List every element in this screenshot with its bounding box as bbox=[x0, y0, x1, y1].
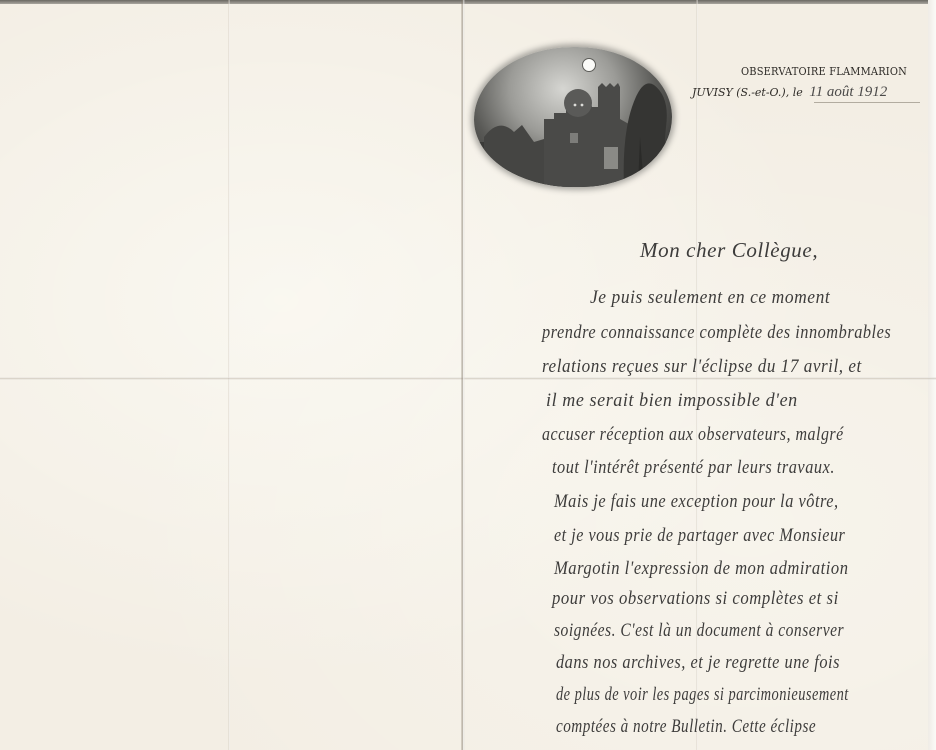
letter-line: il me serait bien impossible d'en bbox=[546, 390, 798, 412]
letter-line: soignées. C'est là un document à conserv… bbox=[554, 620, 844, 642]
letter-line: dans nos archives, et je regrette une fo… bbox=[556, 652, 840, 674]
center-fold bbox=[461, 0, 465, 750]
moon-hole-icon bbox=[582, 58, 596, 72]
observatory-engraving-icon bbox=[474, 47, 672, 187]
letterhead-institution: OBSERVATOIRE FLAMMARION bbox=[741, 64, 879, 78]
letter-line: Je puis seulement en ce moment bbox=[590, 287, 830, 309]
letter-salutation: Mon cher Collègue, bbox=[640, 238, 818, 263]
letter-line: et je vous prie de partager avec Monsieu… bbox=[554, 525, 845, 547]
letter-line: Margotin l'expression de mon admiration bbox=[554, 558, 848, 580]
letter-line: accuser réception aux observateurs, malg… bbox=[542, 424, 844, 446]
letter-line: pour vos observations si complètes et si bbox=[552, 588, 839, 610]
letter-line: tout l'intérêt présenté par leurs travau… bbox=[552, 457, 835, 479]
fold-line-left bbox=[228, 0, 230, 750]
letter-sheet: OBSERVATOIRE FLAMMARION JUVISY (S.-et-O.… bbox=[0, 0, 936, 750]
paper-top-edge bbox=[0, 0, 936, 4]
letterhead-place: JUVISY (S.-et-O.), le bbox=[692, 86, 803, 99]
letter-line: relations reçues sur l'éclipse du 17 avr… bbox=[542, 356, 862, 378]
letter-line: Mais je fais une exception pour la vôtre… bbox=[554, 491, 839, 513]
letterhead-place-date: JUVISY (S.-et-O.), le 11 août 1912 bbox=[692, 84, 887, 101]
letter-line: prendre connaissance complète des innomb… bbox=[542, 322, 891, 344]
paper-right-edge bbox=[928, 0, 936, 750]
letter-line: comptées à notre Bulletin. Cette éclipse bbox=[556, 716, 816, 738]
letter-date: 11 août 1912 bbox=[809, 84, 887, 100]
date-underline bbox=[814, 102, 920, 103]
letter-line: de plus de voir les pages si parcimonieu… bbox=[556, 684, 849, 706]
